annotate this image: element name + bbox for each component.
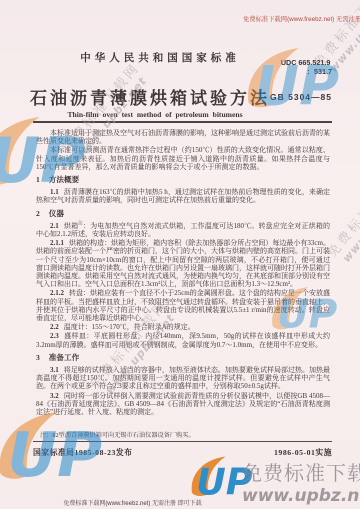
clause-2-1-1: 2.1.1烘箱的构造：烘箱为矩形，箱内容积（除去加热器部分所占空间）每边最小有3… [36,239,330,288]
intro-paragraph-1: 本标准适用于测定热及空气对石油沥青薄膜的影响，这种影响是通过测定试验前后沥青的某… [36,129,330,145]
clause-text: 同时将一部分试样倒入需要测定试验前沥青性质的分析仪器试模中，以便按GB 4508… [36,392,330,416]
clause-text: 将足够的试样放入适当的容器中，加热至液体状态。加热要避免试样局部过热。加热最高温… [36,366,330,390]
publication-row: 国家标准局1985-08-23发布 1986-05-01实施 [33,447,332,458]
clause-3-2: 3.2同时将一部分试样倒入需要测定试验前沥青性质的分析仪器试模中，以便按GB 4… [36,392,330,417]
clause-text-pre: 烘箱 [64,222,79,230]
clause-1-1: 1.1沥青薄膜在163℃的烘箱中加热5 h，通过测定试样在加热前后物理性质的变化… [36,188,330,204]
document-title: 石油沥青薄膜烘箱试验方法 [0,84,300,109]
clause-2-2: 2.2温度计：155～170℃，符合附录A的规定。 [36,323,330,331]
section-heading-2: 2仪器 [36,210,330,218]
national-standard-label: 中华人民共和国国家标准 [0,50,320,65]
clause-label: 3.2 [50,392,59,400]
clause-text: 转盘：烘箱应装有一个直径不小于25cm的金属圆形盘。这个盘的结构应是一个安放盛样… [36,289,330,322]
clause-text: 烘箱的构造：烘箱为矩形，箱内容积（除去加热器部分所占空间）每边最小有33cm。烘… [36,239,330,288]
clause-label: 2.3 [50,332,59,340]
svg-text:UP: UP [196,460,253,503]
section-heading-1: 1方法概要 [36,176,330,184]
clause-label: 2.1 [50,222,59,230]
clause-2-3: 2.3盛样皿：平底圆柱形盘，内径140mm，深9.5mm，50g的试样在该盛样皿… [36,332,330,348]
standard-number: GB 5304—85 [270,92,332,102]
up-logo-icon: UP [185,450,255,505]
clause-label: 3.1 [50,366,59,374]
bottom-download-note: 免费标准下载网(www.freebz.net) 无需注册 即可下载 [0,498,265,507]
implemented-date: 1986-05-01实施 [274,447,332,458]
watermark-site-name: 免费标准下载网 [242,457,360,486]
clause-2-1-2: 2.1.2转盘：烘箱应装有一个直径不小于25cm的金属圆形盘。这个盘的结构应是一… [36,289,330,322]
section-heading-3: 3准备工作 [36,354,330,362]
section-number: 3 [36,353,40,362]
intro-paragraph-2: 本标准可以预测沥青在通常热拌合过程中（约150℃）性质的大致变化情况。通常以粘度… [36,146,330,171]
udc-code: UDC 665.521.9 ：531.7 [281,59,332,76]
clause-2-1: 2.1烘箱注：为电加热空气自然对流式烘箱，工作温度可达180℃。转盘应完全对正烘… [36,222,330,238]
section-title: 准备工作 [49,353,79,362]
clause-text: 盛样皿：平底圆柱形盘，内径140mm，深9.5mm，50g的试样在该盛样皿中形成… [36,332,330,348]
header-divider [33,121,332,123]
clause-text: 沥青薄膜在163℃的烘箱中加热5 h，通过测定试样在加热前后物理性质的变化，来确… [36,188,330,204]
footnote: 注：82型沥青薄膜烘箱可向无锡市石油仪器设备厂购买。 [40,430,320,439]
clause-label: 2.2 [50,323,59,331]
clause-text: 温度计：155～170℃，符合附录A的规定。 [64,323,195,331]
issued-date: 国家标准局1985-08-23发布 [33,447,132,458]
top-right-download-note: 免费标准下载网(www.freebz.net) 无需注册 即可下载 [243,14,360,23]
udc-line2: ：531.7 [281,68,332,77]
section-number: 1 [36,175,40,184]
section-title: 仪器 [49,209,64,218]
clause-3-1: 3.1将足够的试样放入适当的容器中，加热至液体状态。加热要避免试样局部过热。加热… [36,366,330,391]
document-body: 本标准适用于测定热及空气对石油沥青薄膜的影响，这种影响是通过测定试验前后沥青的某… [36,128,330,416]
section-title: 方法概要 [49,175,79,184]
document-title-english: Thin-film oven test method of petroleum … [0,110,310,119]
clause-label: 2.1.2 [50,289,64,297]
section-number: 2 [36,209,40,218]
footer-divider [33,441,332,442]
document-page: 免费标准下载网 www.upbz.net 免费标准下载网 www.upbz.ne… [0,0,360,509]
